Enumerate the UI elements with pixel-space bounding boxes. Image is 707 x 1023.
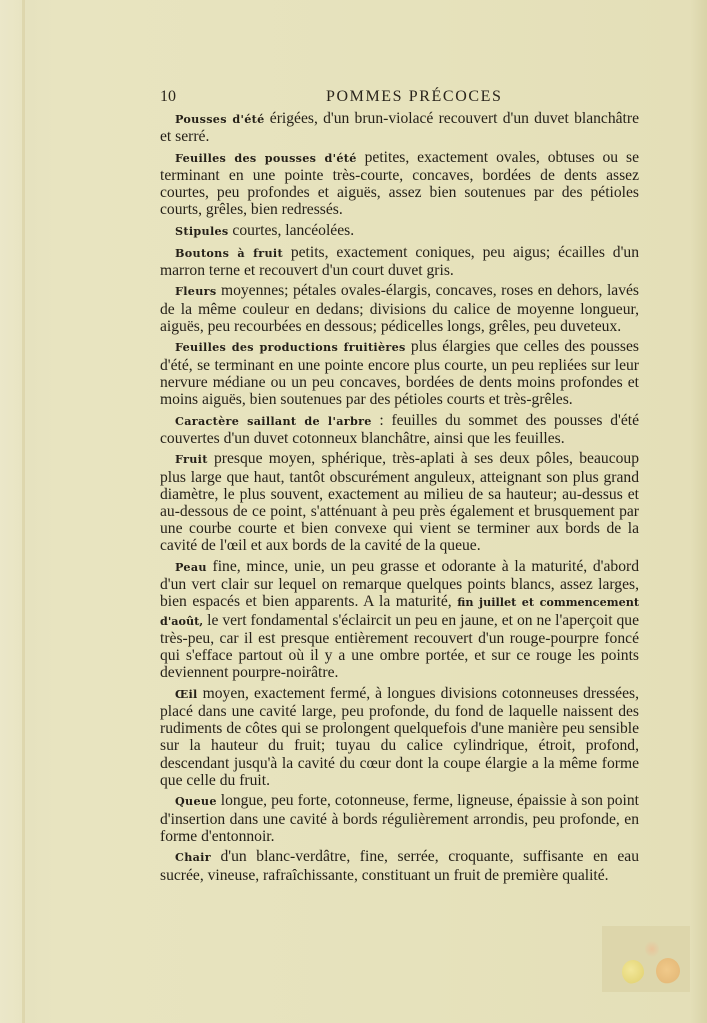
apple-illustration-icon xyxy=(656,958,680,984)
paragraph-lead: Feuilles des pousses d'été xyxy=(175,151,357,165)
paragraph-pousses: Pousses d'été érigées, d'un brun-violacé… xyxy=(160,110,639,145)
paragraph-chair: Chair d'un blanc-verdâtre, fine, serrée,… xyxy=(160,848,639,883)
paragraph-lead: Boutons à fruit xyxy=(175,246,283,260)
paragraph-text: moyen, exactement fermé, à longues divis… xyxy=(160,685,639,789)
page-header: 10 POMMES PRÉCOCES xyxy=(160,86,650,108)
paragraph-lead: Caractère saillant de l'arbre xyxy=(175,414,372,428)
paragraph-feuilles-productions: Feuilles des productions fruitières plus… xyxy=(160,338,639,408)
paragraph-lead: Stipules xyxy=(175,224,229,238)
paragraph-lead: Feuilles des productions fruitières xyxy=(175,340,406,354)
paragraph-text: presque moyen, sphérique, très-aplati à … xyxy=(160,450,639,554)
paragraph-oeil: Œil moyen, exactement fermé, à longues d… xyxy=(160,685,639,789)
paragraph-lead: Queue xyxy=(175,794,217,808)
paragraph-lead: Chair xyxy=(175,850,211,864)
running-title: POMMES PRÉCOCES xyxy=(326,88,503,106)
paragraph-stipules: Stipules courtes, lancéolées. xyxy=(160,222,639,240)
apple-illustration-icon xyxy=(622,960,644,984)
paragraph-lead: Peau xyxy=(175,560,207,574)
apple-illustration-icon xyxy=(645,940,659,958)
book-page: 10 POMMES PRÉCOCES Pousses d'été érigées… xyxy=(0,0,707,1023)
page-gutter xyxy=(22,0,25,1023)
paragraph-fruit: Fruit presque moyen, sphérique, très-apl… xyxy=(160,450,639,554)
paragraph-fleurs: Fleurs moyennes; pétales ovales-élargis,… xyxy=(160,282,639,335)
paragraph-text: longue, peu forte, cotonneuse, ferme, li… xyxy=(160,792,639,844)
paragraph-caractere: Caractère saillant de l'arbre : feuilles… xyxy=(160,412,639,447)
paragraph-peau: Peau fine, mince, unie, un peu grasse et… xyxy=(160,558,639,681)
paragraph-text-after: le vert fondamental s'éclaircit un peu e… xyxy=(160,612,639,682)
paragraph-lead: Fleurs xyxy=(175,284,216,298)
paragraph-text: d'un blanc-verdâtre, fine, serrée, croqu… xyxy=(160,848,639,883)
paragraph-feuilles-pousses: Feuilles des pousses d'été petites, exac… xyxy=(160,149,639,219)
paragraph-boutons: Boutons à fruit petits, exactement coniq… xyxy=(160,244,639,279)
paragraph-lead: Pousses d'été xyxy=(175,112,265,126)
paragraph-text: courtes, lancéolées. xyxy=(229,222,355,239)
faint-bleedthrough-illustration xyxy=(602,926,690,992)
paragraph-text: moyennes; pétales ovales-élargis, concav… xyxy=(160,282,639,334)
paragraph-lead: Œil xyxy=(175,687,198,701)
body-text: Pousses d'été érigées, d'un brun-violacé… xyxy=(160,110,639,887)
page-number: 10 xyxy=(160,88,176,106)
paragraph-queue: Queue longue, peu forte, cotonneuse, fer… xyxy=(160,792,639,845)
paragraph-lead: Fruit xyxy=(175,452,208,466)
